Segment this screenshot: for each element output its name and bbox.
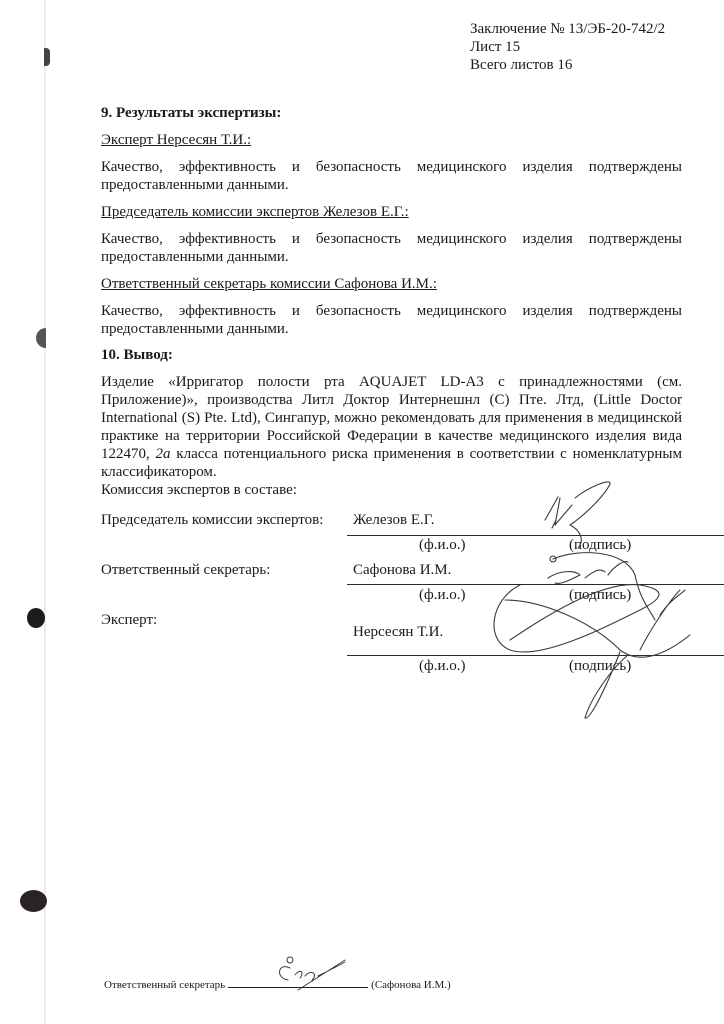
commission-label: Комиссия экспертов в составе: — [101, 482, 297, 499]
risk-class: 2а — [156, 446, 171, 462]
caption-fio: (ф.и.о.) — [419, 658, 466, 675]
total-sheets: Всего листов 16 — [470, 56, 665, 74]
expert-result-text: Качество, эффективность и безопасность м… — [101, 158, 682, 194]
member-role: Председатель комиссии экспертов: — [101, 512, 323, 529]
expert-heading: Эксперт Нерсесян Т.И.: — [101, 131, 682, 149]
member-role: Ответственный секретарь: — [101, 562, 270, 579]
signature-line — [347, 535, 724, 536]
secretary-heading: Ответственный секретарь комиссии Сафонов… — [101, 275, 682, 293]
caption-signature: (подпись) — [569, 587, 631, 604]
signature-line — [347, 584, 724, 585]
punch-hole — [36, 328, 46, 348]
member-role: Эксперт: — [101, 612, 157, 629]
caption-signature: (подпись) — [569, 537, 631, 554]
caption-fio: (ф.и.о.) — [419, 587, 466, 604]
conclusion-paragraph: Изделие «Ирригатор полости рта AQUAJET L… — [101, 373, 682, 481]
footer-signature-line: Ответственный секретарь(Сафонова И.М.) — [104, 977, 451, 991]
conclusion-number: Заключение № 13/ЭБ-20-742/2 — [470, 20, 665, 38]
secretary-result-text: Качество, эффективность и безопасность м… — [101, 302, 682, 338]
member-name: Сафонова И.М. — [353, 562, 451, 579]
conclusion-text-part2: класса потенциального риска применения в… — [101, 446, 682, 480]
footer-role: Ответственный секретарь — [104, 979, 225, 991]
chairman-result-text: Качество, эффективность и безопасность м… — [101, 230, 682, 266]
document-header: Заключение № 13/ЭБ-20-742/2 Лист 15 Всег… — [470, 20, 665, 74]
chairman-heading: Председатель комиссии экспертов Железов … — [101, 203, 682, 221]
punch-hole — [20, 890, 47, 912]
caption-signature: (подпись) — [569, 658, 631, 675]
footer-name: (Сафонова И.М.) — [371, 979, 450, 991]
caption-fio: (ф.и.о.) — [419, 537, 466, 554]
document-body: 9. Результаты экспертизы: Эксперт Нерсес… — [101, 104, 682, 481]
section-9-title: 9. Результаты экспертизы: — [101, 104, 682, 122]
document-page: Заключение № 13/ЭБ-20-742/2 Лист 15 Всег… — [0, 0, 724, 1024]
member-name: Железов Е.Г. — [353, 512, 434, 529]
footer-signature-blank — [228, 977, 368, 988]
scan-edge-line — [44, 0, 46, 1024]
section-10-title: 10. Вывод: — [101, 346, 682, 364]
punch-hole-mark — [44, 48, 50, 66]
signature-line — [347, 655, 724, 656]
punch-hole — [27, 608, 45, 628]
sheet-number: Лист 15 — [470, 38, 665, 56]
member-name: Нерсесян Т.И. — [353, 624, 443, 641]
